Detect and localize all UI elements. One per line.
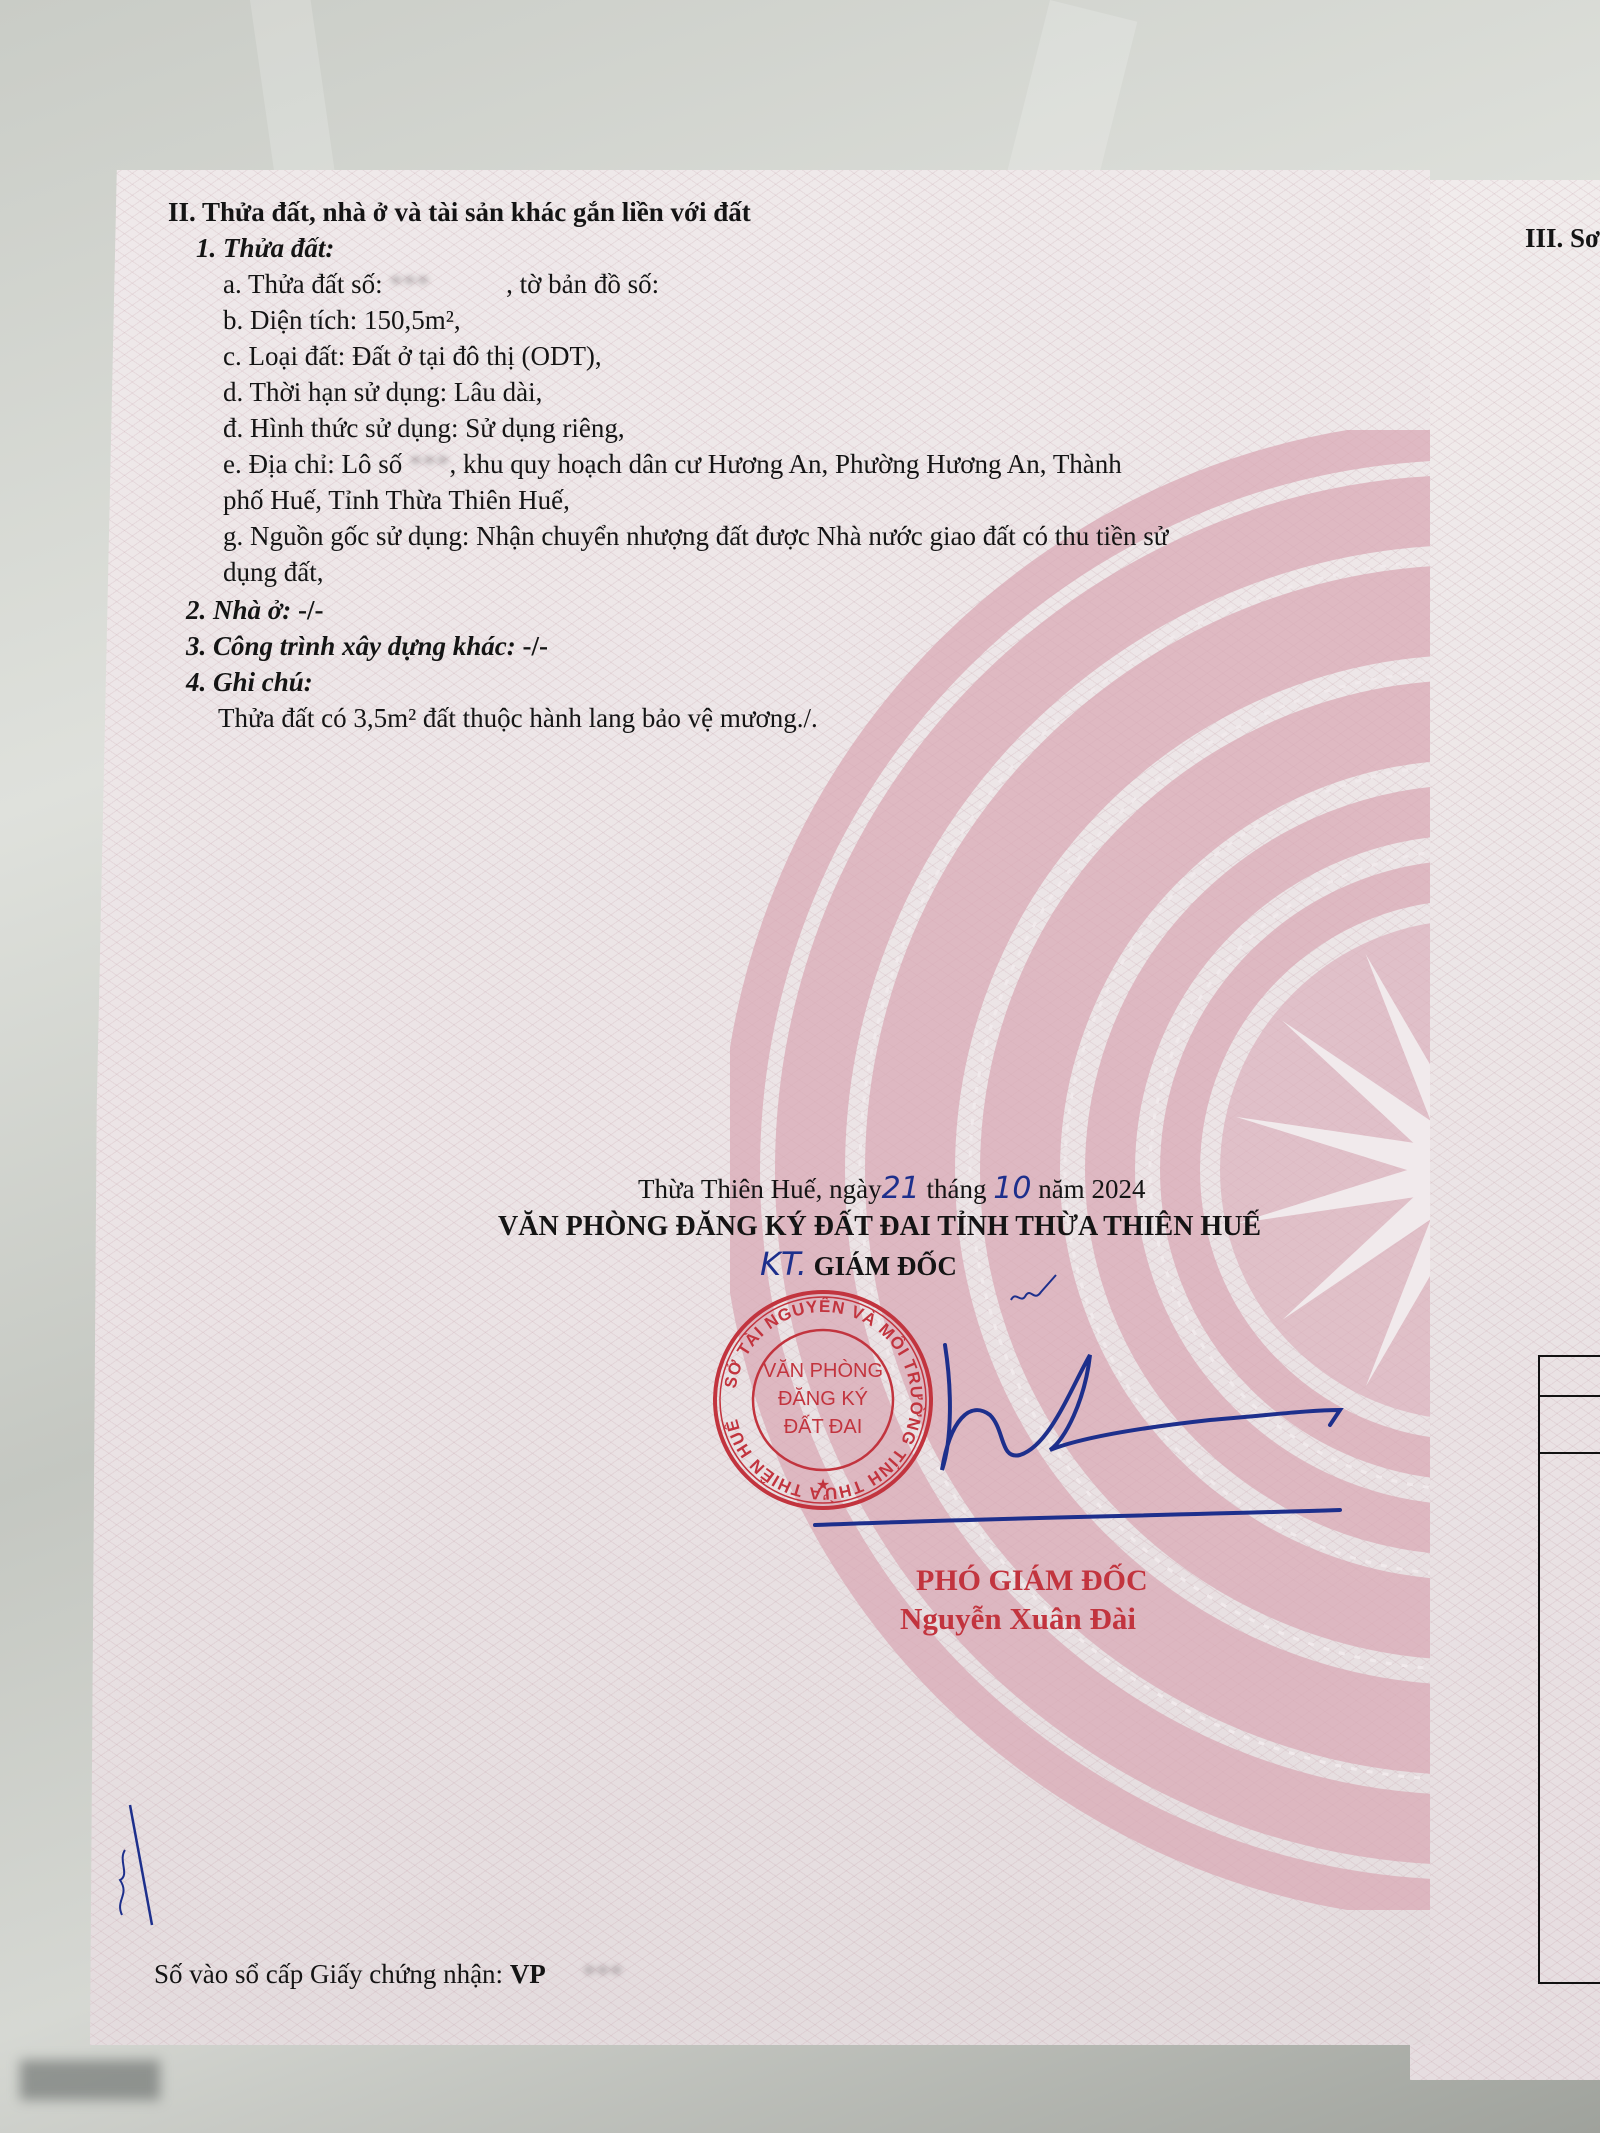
official-red-stamp-icon: SỞ TÀI NGUYÊN VÀ MÔI TRƯỜNG TỈNH THỪA TH… bbox=[708, 1285, 938, 1515]
svg-text:ĐĂNG KÝ: ĐĂNG KÝ bbox=[778, 1387, 868, 1410]
table-row-divider bbox=[1540, 1452, 1600, 1454]
handwritten-month: 10 bbox=[993, 1171, 1031, 1206]
registry-label: Số vào sổ cấp Giấy chứng nhận: bbox=[154, 1959, 510, 1989]
other-works-value: -/- bbox=[516, 631, 548, 661]
land-type: c. Loại đất: Đất ở tại đô thị (ODT), bbox=[223, 338, 602, 375]
deputy-director-title: PHÓ GIÁM ĐỐC bbox=[916, 1562, 1148, 1599]
place-date-prefix: Thừa Thiên Huế, ngày bbox=[638, 1174, 882, 1204]
month-label: tháng bbox=[920, 1174, 994, 1204]
svg-text:VĂN PHÒNG: VĂN PHÒNG bbox=[763, 1359, 883, 1382]
right-page-table bbox=[1538, 1355, 1600, 1984]
map-sheet-label: , tờ bản đồ số: bbox=[506, 269, 659, 299]
house-heading: 2. Nhà ở: bbox=[186, 595, 291, 625]
land-parcel-number: a. Thửa đất số: *** , tờ bản đồ số: bbox=[223, 266, 659, 303]
year-label: năm 2024 bbox=[1031, 1174, 1145, 1204]
blurred-watermark bbox=[20, 2060, 160, 2100]
land-address-line2: phố Huế, Tỉnh Thừa Thiên Huế, bbox=[223, 482, 570, 519]
section-title: II. Thửa đất, nhà ở và tài sản khác gắn … bbox=[168, 194, 751, 231]
land-area: b. Diện tích: 150,5m², bbox=[223, 302, 461, 339]
notes-text: Thửa đất có 3,5m² đất thuộc hành lang bả… bbox=[218, 700, 818, 737]
handwritten-day: 21 bbox=[882, 1171, 920, 1206]
table-row-divider bbox=[1540, 1395, 1600, 1397]
registry-number-row: Số vào sổ cấp Giấy chứng nhận: VP *** bbox=[154, 1956, 623, 1993]
issuing-office: VĂN PHÒNG ĐĂNG KÝ ĐẤT ĐAI TỈNH THỪA THIÊ… bbox=[498, 1208, 1261, 1245]
lot-number-redacted: *** bbox=[409, 446, 450, 483]
land-origin-line2: dụng đất, bbox=[223, 554, 324, 591]
other-works-row: 3. Công trình xây dựng khác: -/- bbox=[186, 628, 548, 665]
address-suffix: , khu quy hoạch dân cư Hương An, Phường … bbox=[449, 449, 1121, 479]
svg-text:ĐẤT ĐAI: ĐẤT ĐAI bbox=[784, 1415, 863, 1438]
notes-heading: 4. Ghi chú: bbox=[186, 664, 313, 701]
signer-name: Nguyễn Xuân Đài bbox=[900, 1600, 1136, 1637]
other-works-heading: 3. Công trình xây dựng khác: bbox=[186, 631, 516, 661]
land-heading: 1. Thửa đất: bbox=[196, 230, 334, 267]
address-prefix: e. Địa chỉ: Lô số bbox=[223, 449, 409, 479]
svg-text:★: ★ bbox=[816, 1475, 830, 1494]
land-term: d. Thời hạn sử dụng: Lâu dài, bbox=[223, 374, 542, 411]
place-date: Thừa Thiên Huế, ngày21 tháng 10 năm 2024 bbox=[638, 1170, 1145, 1208]
land-origin: g. Nguồn gốc sử dụng: Nhận chuyển nhượng… bbox=[223, 518, 1168, 555]
director-title: GIÁM ĐỐC bbox=[814, 1251, 957, 1281]
parcel-number-label: a. Thửa đất số: bbox=[223, 269, 383, 299]
land-usage-form: đ. Hình thức sử dụng: Sử dụng riêng, bbox=[223, 410, 625, 447]
handwritten-kt: KT. bbox=[760, 1245, 807, 1283]
registry-prefix: VP bbox=[510, 1959, 546, 1989]
land-address: e. Địa chỉ: Lô số ***, khu quy hoạch dân… bbox=[223, 446, 1122, 483]
next-section-title: III. Sơ bbox=[1525, 220, 1600, 257]
certificate-page: II. Thửa đất, nhà ở và tài sản khác gắn … bbox=[90, 170, 1430, 2045]
house-row: 2. Nhà ở: -/- bbox=[186, 592, 323, 629]
parcel-number-redacted: *** bbox=[389, 266, 499, 303]
house-value: -/- bbox=[291, 595, 323, 625]
registry-number-redacted: *** bbox=[583, 1956, 624, 1993]
director-line: KT. GIÁM ĐỐC bbox=[760, 1246, 957, 1285]
